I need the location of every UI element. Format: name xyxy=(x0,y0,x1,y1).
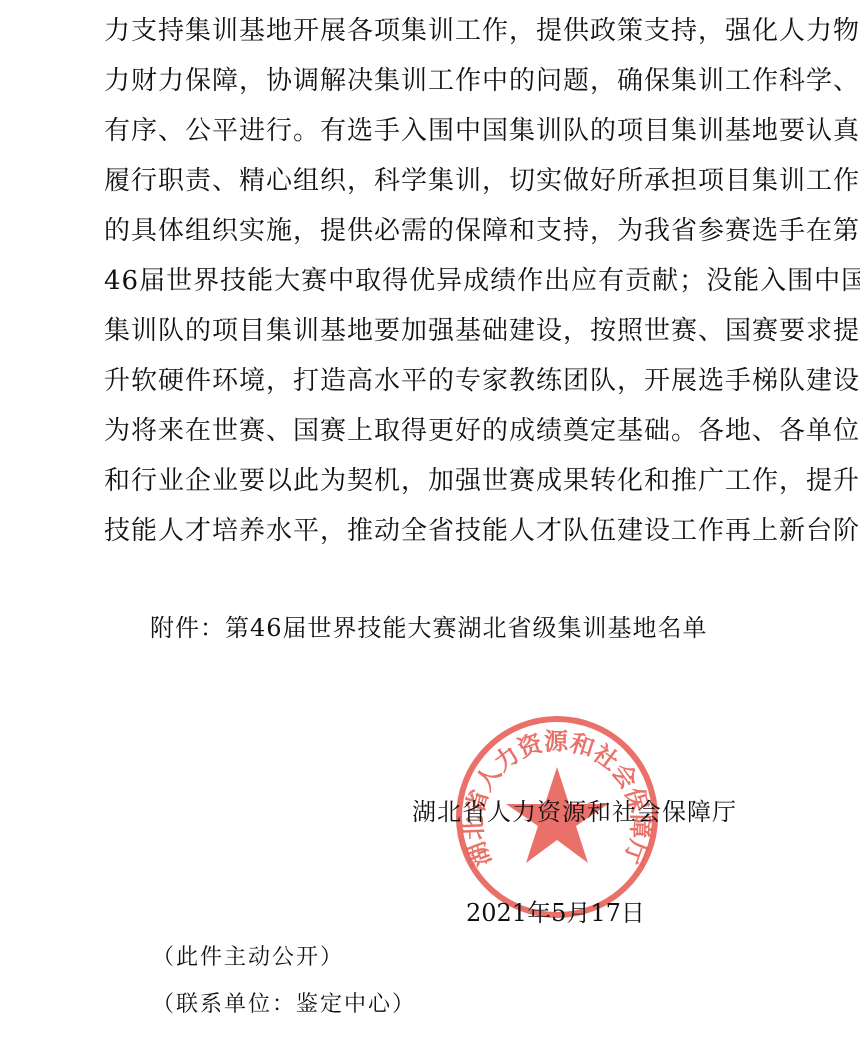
body-line: 的具体组织实施，提供必需的保障和支持，为我省参赛选手在第 xyxy=(104,216,860,246)
issuing-organization: 湖北省人力资源和社会保障厅 xyxy=(412,792,737,827)
body-line: 技能人才培养水平，推动全省技能人才队伍建设工作再上新台阶。 xyxy=(104,516,860,546)
body-line: 46届世界技能大赛中取得优异成绩作出应有贡献；没能入围中国 xyxy=(104,266,860,296)
body-line: 为将来在世赛、国赛上取得更好的成绩奠定基础。各地、各单位 xyxy=(104,416,860,446)
body-line: 力支持集训基地开展各项集训工作，提供政策支持，强化人力物 xyxy=(104,16,860,46)
body-line: 力财力保障，协调解决集训工作中的问题，确保集训工作科学、 xyxy=(104,66,860,96)
body-line: 升软硬件环境，打造高水平的专家教练团队，开展选手梯队建设， xyxy=(104,366,860,396)
body-line: 履行职责、精心组织，科学集训，切实做好所承担项目集训工作 xyxy=(104,166,860,196)
attachment-line: 附件：第46届世界技能大赛湖北省级集训基地名单 xyxy=(150,608,708,643)
body-line: 有序、公平进行。有选手入围中国集训队的项目集训基地要认真 xyxy=(104,116,860,146)
body-line: 集训队的项目集训基地要加强基础建设，按照世赛、国赛要求提 xyxy=(104,316,860,346)
contact-note: （联系单位：鉴定中心） xyxy=(152,987,416,1018)
issue-date: 2021年5月17日 xyxy=(466,893,645,928)
disclosure-note: （此件主动公开） xyxy=(152,940,344,971)
body-line: 和行业企业要以此为契机，加强世赛成果转化和推广工作，提升 xyxy=(104,466,860,496)
